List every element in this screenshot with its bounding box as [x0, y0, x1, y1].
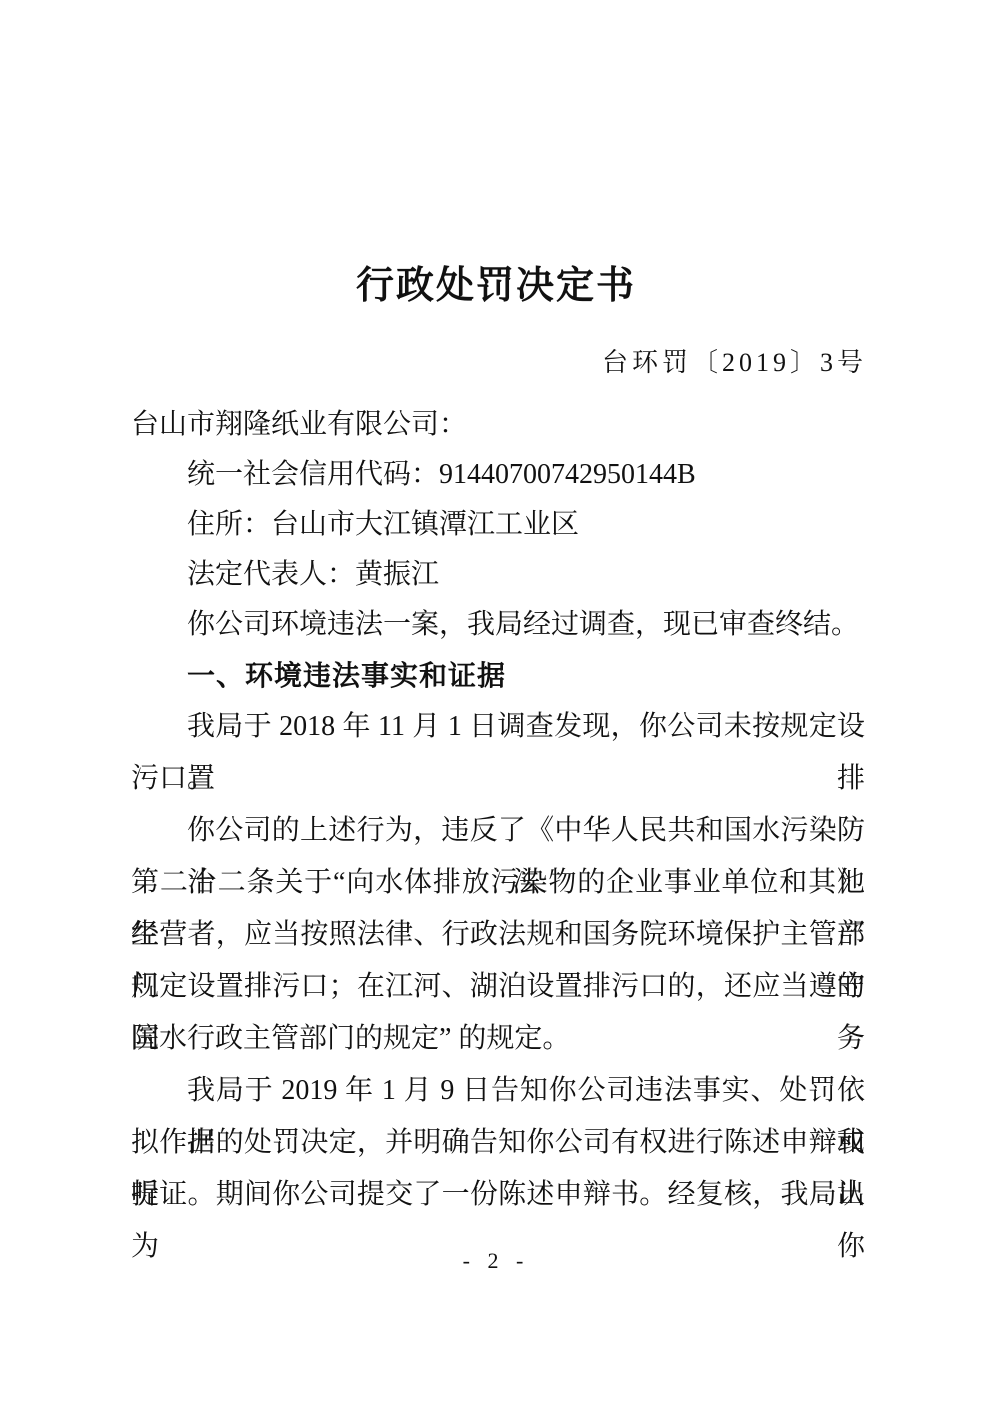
paragraph3-line3: 听证。期间你公司提交了一份陈述申辩书。经复核，我局认为你 [131, 1169, 865, 1221]
recipient-line: 台山市翔隆纸业有限公司： [131, 400, 865, 450]
paragraph2-line2: 第二十二条关于“向水体排放污染物的企业事业单位和其他生产 [131, 857, 865, 909]
legal-representative-line: 法定代表人：黄振江 [131, 550, 865, 600]
section1-heading: 一、环境违法事实和证据 [131, 650, 865, 701]
document-body: 台山市翔隆纸业有限公司： 统一社会信用代码：91440700742950144B… [131, 400, 865, 1221]
document-number: 台环罚〔2019〕3号 [602, 342, 867, 379]
page-number: - 2 - [0, 1248, 992, 1274]
credit-code-line: 统一社会信用代码：91440700742950144B [131, 450, 865, 500]
document-page: 行政处罚决定书 台环罚〔2019〕3号 台山市翔隆纸业有限公司： 统一社会信用代… [0, 0, 992, 1403]
address-line: 住所：台山市大江镇潭江工业区 [131, 500, 865, 550]
paragraph2-line1: 你公司的上述行为，违反了《中华人民共和国水污染防治法》 [131, 805, 865, 857]
document-title: 行政处罚决定书 [0, 254, 992, 309]
paragraph3-line1: 我局于 2019 年 1 月 9 日告知你公司违法事实、处罚依据和 [131, 1065, 865, 1117]
paragraph2-line3: 经营者，应当按照法律、行政法规和国务院环境保护主管部门的 [131, 909, 865, 961]
paragraph2-line4: 规定设置排污口；在江河、湖泊设置排污口的，还应当遵守国务 [131, 961, 865, 1013]
case-intro-line: 你公司环境违法一案，我局经过调查，现已审查终结。 [131, 600, 865, 650]
paragraph3-line2: 拟作出的处罚决定，并明确告知你公司有权进行陈述申辩或提出 [131, 1117, 865, 1169]
paragraph1-line1: 我局于 2018 年 11 月 1 日调查发现，你公司未按规定设置排 [131, 701, 865, 753]
